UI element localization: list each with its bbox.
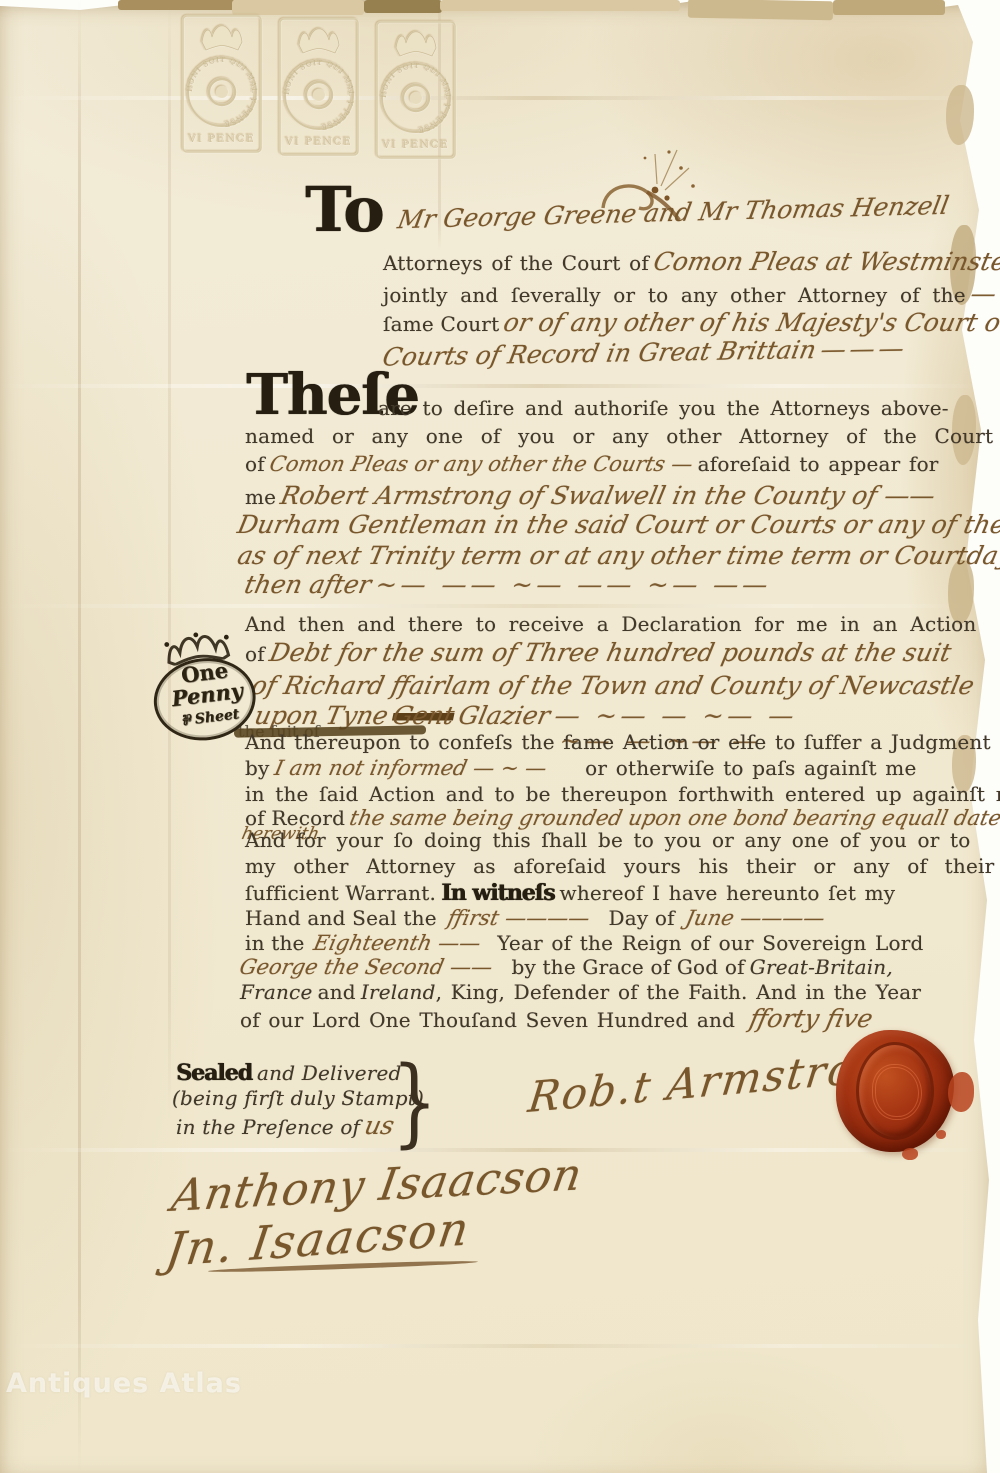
wax-splatter — [902, 1148, 918, 1160]
print-desire-authorise: are to deſire and authoriſe you the Atto… — [378, 396, 949, 420]
torn-edge-tab — [688, 0, 833, 20]
print-and-delivered: and Delivered — [257, 1061, 402, 1085]
hand-first: ffirst ———— — [445, 906, 592, 930]
print-me: me — [245, 485, 276, 509]
attestation-brace: } — [392, 1046, 438, 1158]
hand-then-after: then after — [242, 570, 374, 599]
hand-george-the-second: George the Second —— — [237, 955, 494, 979]
print-confess-judgment: And thereupon to confeſs the ſame Action… — [245, 730, 991, 754]
fold-crease — [0, 96, 980, 100]
print-hand-and-seal: Hand and Seal the — [245, 906, 437, 930]
hand-eighteenth: Eighteenth —— — [311, 931, 483, 955]
hand-dash: —— — [968, 279, 1000, 308]
stamp-value: VI PENCE — [382, 139, 450, 151]
print-for-so-doing: And for your ſo doing this ſhall be to y… — [245, 828, 971, 852]
hand-majestys-court: or of any other of his Majesty's Court o… — [501, 308, 1000, 337]
hand-richard-fairlam: of Richard ffairlam of the Town and Coun… — [249, 671, 977, 700]
print-duly-stampt: (being firſt duly Stampt) — [172, 1086, 424, 1110]
torn-edge — [946, 85, 974, 145]
print-king-defender: , King, Defender of the Faith. And in th… — [436, 980, 922, 1004]
wax-splatter — [936, 1130, 946, 1139]
stamp-value: VI PENCE — [188, 133, 256, 145]
embossed-revenue-stamp-3: HONI SOIT QUI MAL Y PENSE VI PENCE — [370, 18, 462, 164]
hand-forty-five: fforty five — [747, 1004, 876, 1033]
hand-common-pleas-courts: Comon Pleas or any other the Courts — — [267, 452, 695, 476]
print-and: and — [318, 980, 356, 1004]
print-sufficient-warrant: ſufficient Warrant. — [245, 881, 436, 905]
torn-edge-tab — [364, 0, 442, 13]
hand-debt-three-hundred: Debt for the sum of Three hundred pounds… — [267, 638, 954, 667]
fold-crease — [0, 1148, 980, 1152]
print-france: France — [240, 980, 312, 1004]
fold-crease — [0, 1344, 980, 1348]
hand-flourish: ~— —— ~— —— ~— —— — [373, 570, 775, 599]
print-year-of-reign: Year of the Reign of our Sovereign Lord — [497, 931, 923, 955]
print-declaration-action: And then and there to receive a Declarat… — [245, 612, 977, 636]
print-aforesaid-appear: aforeſaid to appear for — [698, 452, 939, 476]
wax-splatter — [948, 1072, 974, 1112]
hand-durham-gentleman: Durham Gentleman in the said Court or Co… — [235, 510, 1000, 539]
print-of: of — [245, 452, 265, 476]
print-by: by — [245, 756, 270, 780]
print-said-action-entered: in the ſaid Action and to be thereupon f… — [245, 782, 1000, 806]
print-named-or-any: named or any one of you or any other Att… — [245, 424, 993, 448]
print-whereof-set-my: whereof I have hereunto ſet my — [560, 881, 896, 905]
hand-glazier: Glazier — [456, 701, 553, 730]
hand-not-informed: I am not informed — ~ — — [272, 756, 549, 780]
hand-june: June ———— — [683, 906, 827, 930]
fold-crease — [0, 384, 980, 388]
hand-dash: ——— — [818, 333, 911, 364]
document-scan: HONI SOIT QUI MAL Y PENSE VI PENCE HONI … — [0, 0, 1000, 1473]
print-day-of: Day of — [608, 906, 674, 930]
torn-edge-tab — [440, 0, 680, 11]
hand-robert-armstrong-swalwell: Robert Armstrong of Swalwell in the Coun… — [278, 481, 938, 510]
stamp-value: VI PENCE — [285, 136, 353, 148]
hand-trinity-term: as of next Trinity term or at any other … — [235, 541, 1000, 570]
fold-crease — [0, 604, 980, 608]
print-great-britain: Great-Britain, — [750, 955, 893, 979]
torn-edge-tab — [833, 0, 945, 15]
print-jointly-severally: jointly and ſeverally or to any other At… — [383, 283, 966, 307]
fold-crease — [168, 0, 171, 1120]
embossed-revenue-stamp-1: HONI SOIT QUI MAL Y PENSE VI PENCE — [176, 12, 268, 158]
embossed-revenue-stamp-2: HONI SOIT QUI MAL Y PENSE VI PENCE — [273, 15, 365, 161]
print-attorneys-of-court: Attorneys of the Court of — [383, 251, 649, 275]
hand-common-pleas-westminster: Comon Pleas at Westminster — [651, 247, 1000, 276]
torn-edge-tab — [118, 0, 236, 10]
print-in-the: in the — [245, 931, 305, 955]
watermark-antiques-atlas: Antiques Atlas — [6, 1368, 242, 1399]
hand-bond-equal-date: the same being grounded upon one bond be… — [348, 806, 1000, 830]
blackletter-sealed: Sealed — [176, 1060, 252, 1086]
print-other-attorney-their: my other Attorney as aforeſaid yours his… — [245, 854, 994, 878]
print-grace-of-god: by the Grace of God of — [511, 955, 744, 979]
fold-crease — [78, 0, 81, 1473]
print-in-presence-of: in the Preſence of — [176, 1115, 360, 1139]
to-initial: To — [305, 173, 383, 246]
blackletter-in-witness: In witneſs — [441, 880, 554, 906]
print-otherwise-pass: or otherwiſe to paſs againſt me — [585, 756, 916, 780]
print-ireland: Ireland — [361, 980, 436, 1004]
print-one-thousand-seven-hundred: of our Lord One Thouſand Seven Hundred a… — [240, 1008, 735, 1032]
print-same-court: ſame Court — [383, 312, 499, 336]
